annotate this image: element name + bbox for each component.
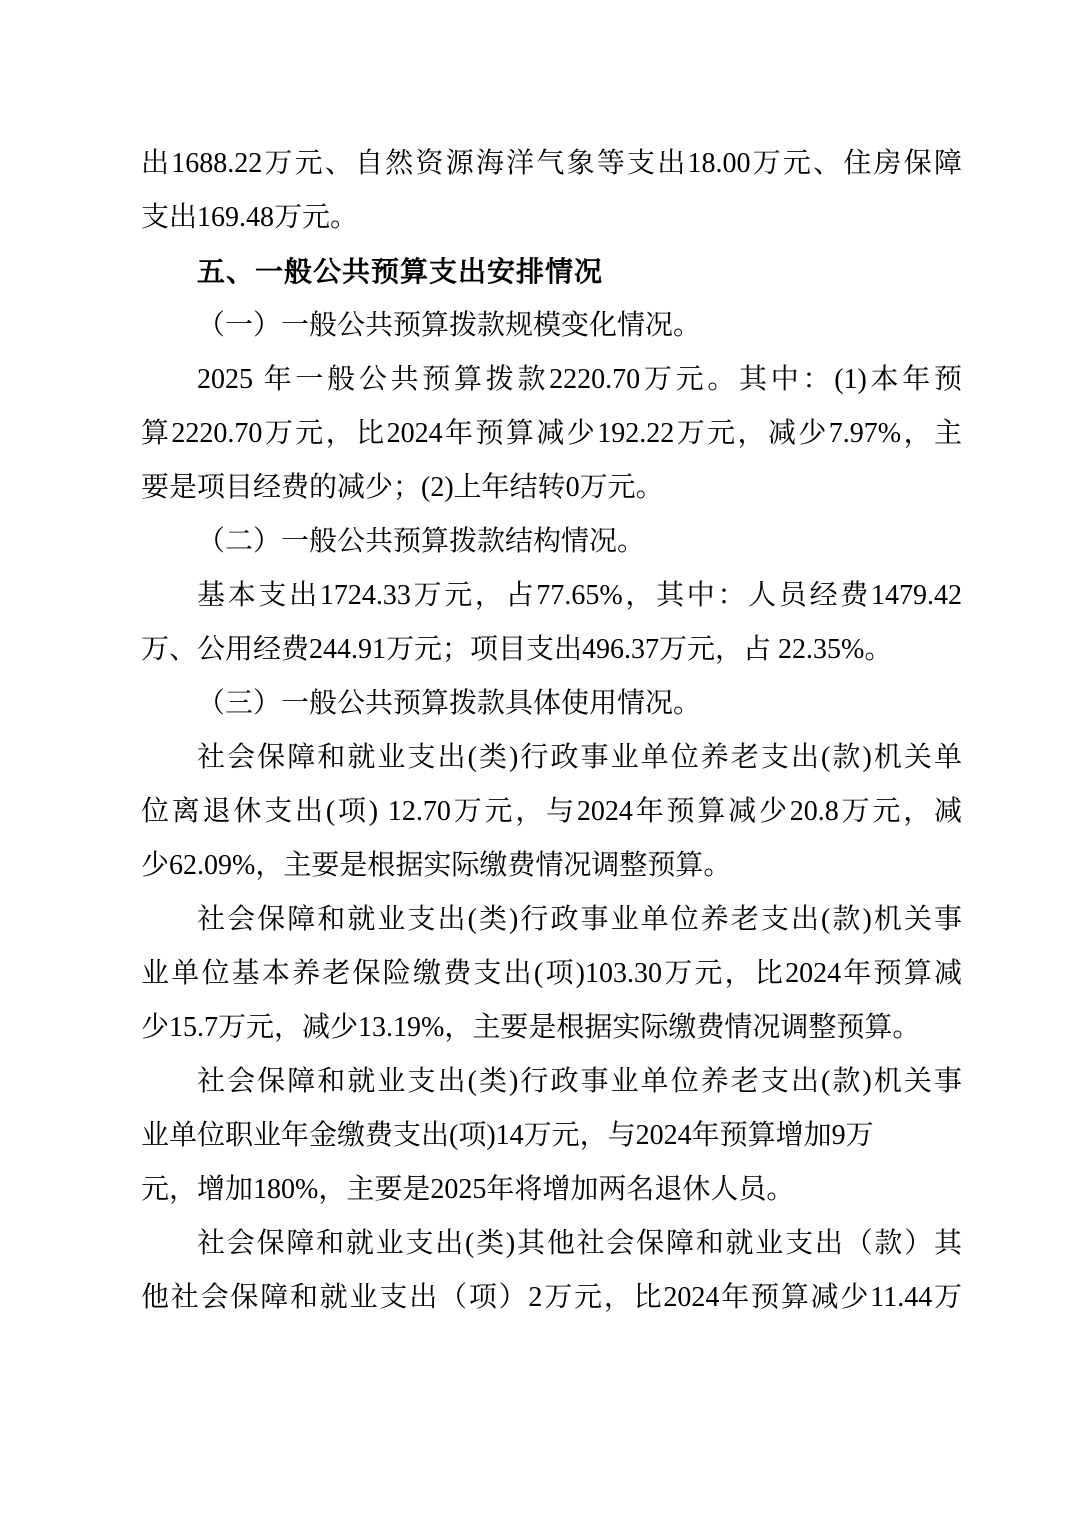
body-line: 万、公用经费244.91万元；项目支出496.37万元，占 22.35%。 [141, 623, 962, 677]
subheading-2: （二）一般公共预算拨款结构情况。 [141, 515, 962, 569]
document-page: 出1688.22万元、自然资源海洋气象等支出18.00万元、住房保障 支出169… [0, 0, 1075, 1520]
body-line: 基本支出1724.33万元，占77.65%，其中：人员经费1479.42 [141, 569, 962, 623]
body-line: 元，增加180%，主要是2025年将增加两名退休人员。 [141, 1163, 962, 1217]
body-line: 要是项目经费的减少；(2)上年结转0万元。 [141, 461, 962, 515]
body-line: 社会保障和就业支出(类)行政事业单位养老支出(款)机关单 [141, 731, 962, 785]
body-line: 支出169.48万元。 [141, 191, 962, 245]
body-line: 2025 年一般公共预算拨款2220.70万元。其中：(1)本年预 [141, 353, 962, 407]
body-line: 业单位职业年金缴费支出(项)14万元，与2024年预算增加9万 [141, 1109, 962, 1163]
body-line: 算2220.70万元，比2024年预算减少192.22万元，减少7.97%，主 [141, 407, 962, 461]
document-body: 出1688.22万元、自然资源海洋气象等支出18.00万元、住房保障 支出169… [141, 137, 962, 1325]
section-heading: 五、一般公共预算支出安排情况 [141, 245, 962, 299]
subheading-3: （三）一般公共预算拨款具体使用情况。 [141, 677, 962, 731]
body-line: 业单位基本养老保险缴费支出(项)103.30万元，比2024年预算减 [141, 947, 962, 1001]
body-line: 他社会保障和就业支出（项）2万元，比2024年预算减少11.44万 [141, 1271, 962, 1325]
subheading-1: （一）一般公共预算拨款规模变化情况。 [141, 299, 962, 353]
body-line: 少15.7万元，减少13.19%，主要是根据实际缴费情况调整预算。 [141, 1001, 962, 1055]
body-line: 出1688.22万元、自然资源海洋气象等支出18.00万元、住房保障 [141, 137, 962, 191]
body-line: 位离退休支出(项) 12.70万元，与2024年预算减少20.8万元，减 [141, 785, 962, 839]
body-line: 社会保障和就业支出(类)行政事业单位养老支出(款)机关事 [141, 893, 962, 947]
body-line: 少62.09%，主要是根据实际缴费情况调整预算。 [141, 839, 962, 893]
body-line: 社会保障和就业支出(类)其他社会保障和就业支出（款）其 [141, 1217, 962, 1271]
body-line: 社会保障和就业支出(类)行政事业单位养老支出(款)机关事 [141, 1055, 962, 1109]
